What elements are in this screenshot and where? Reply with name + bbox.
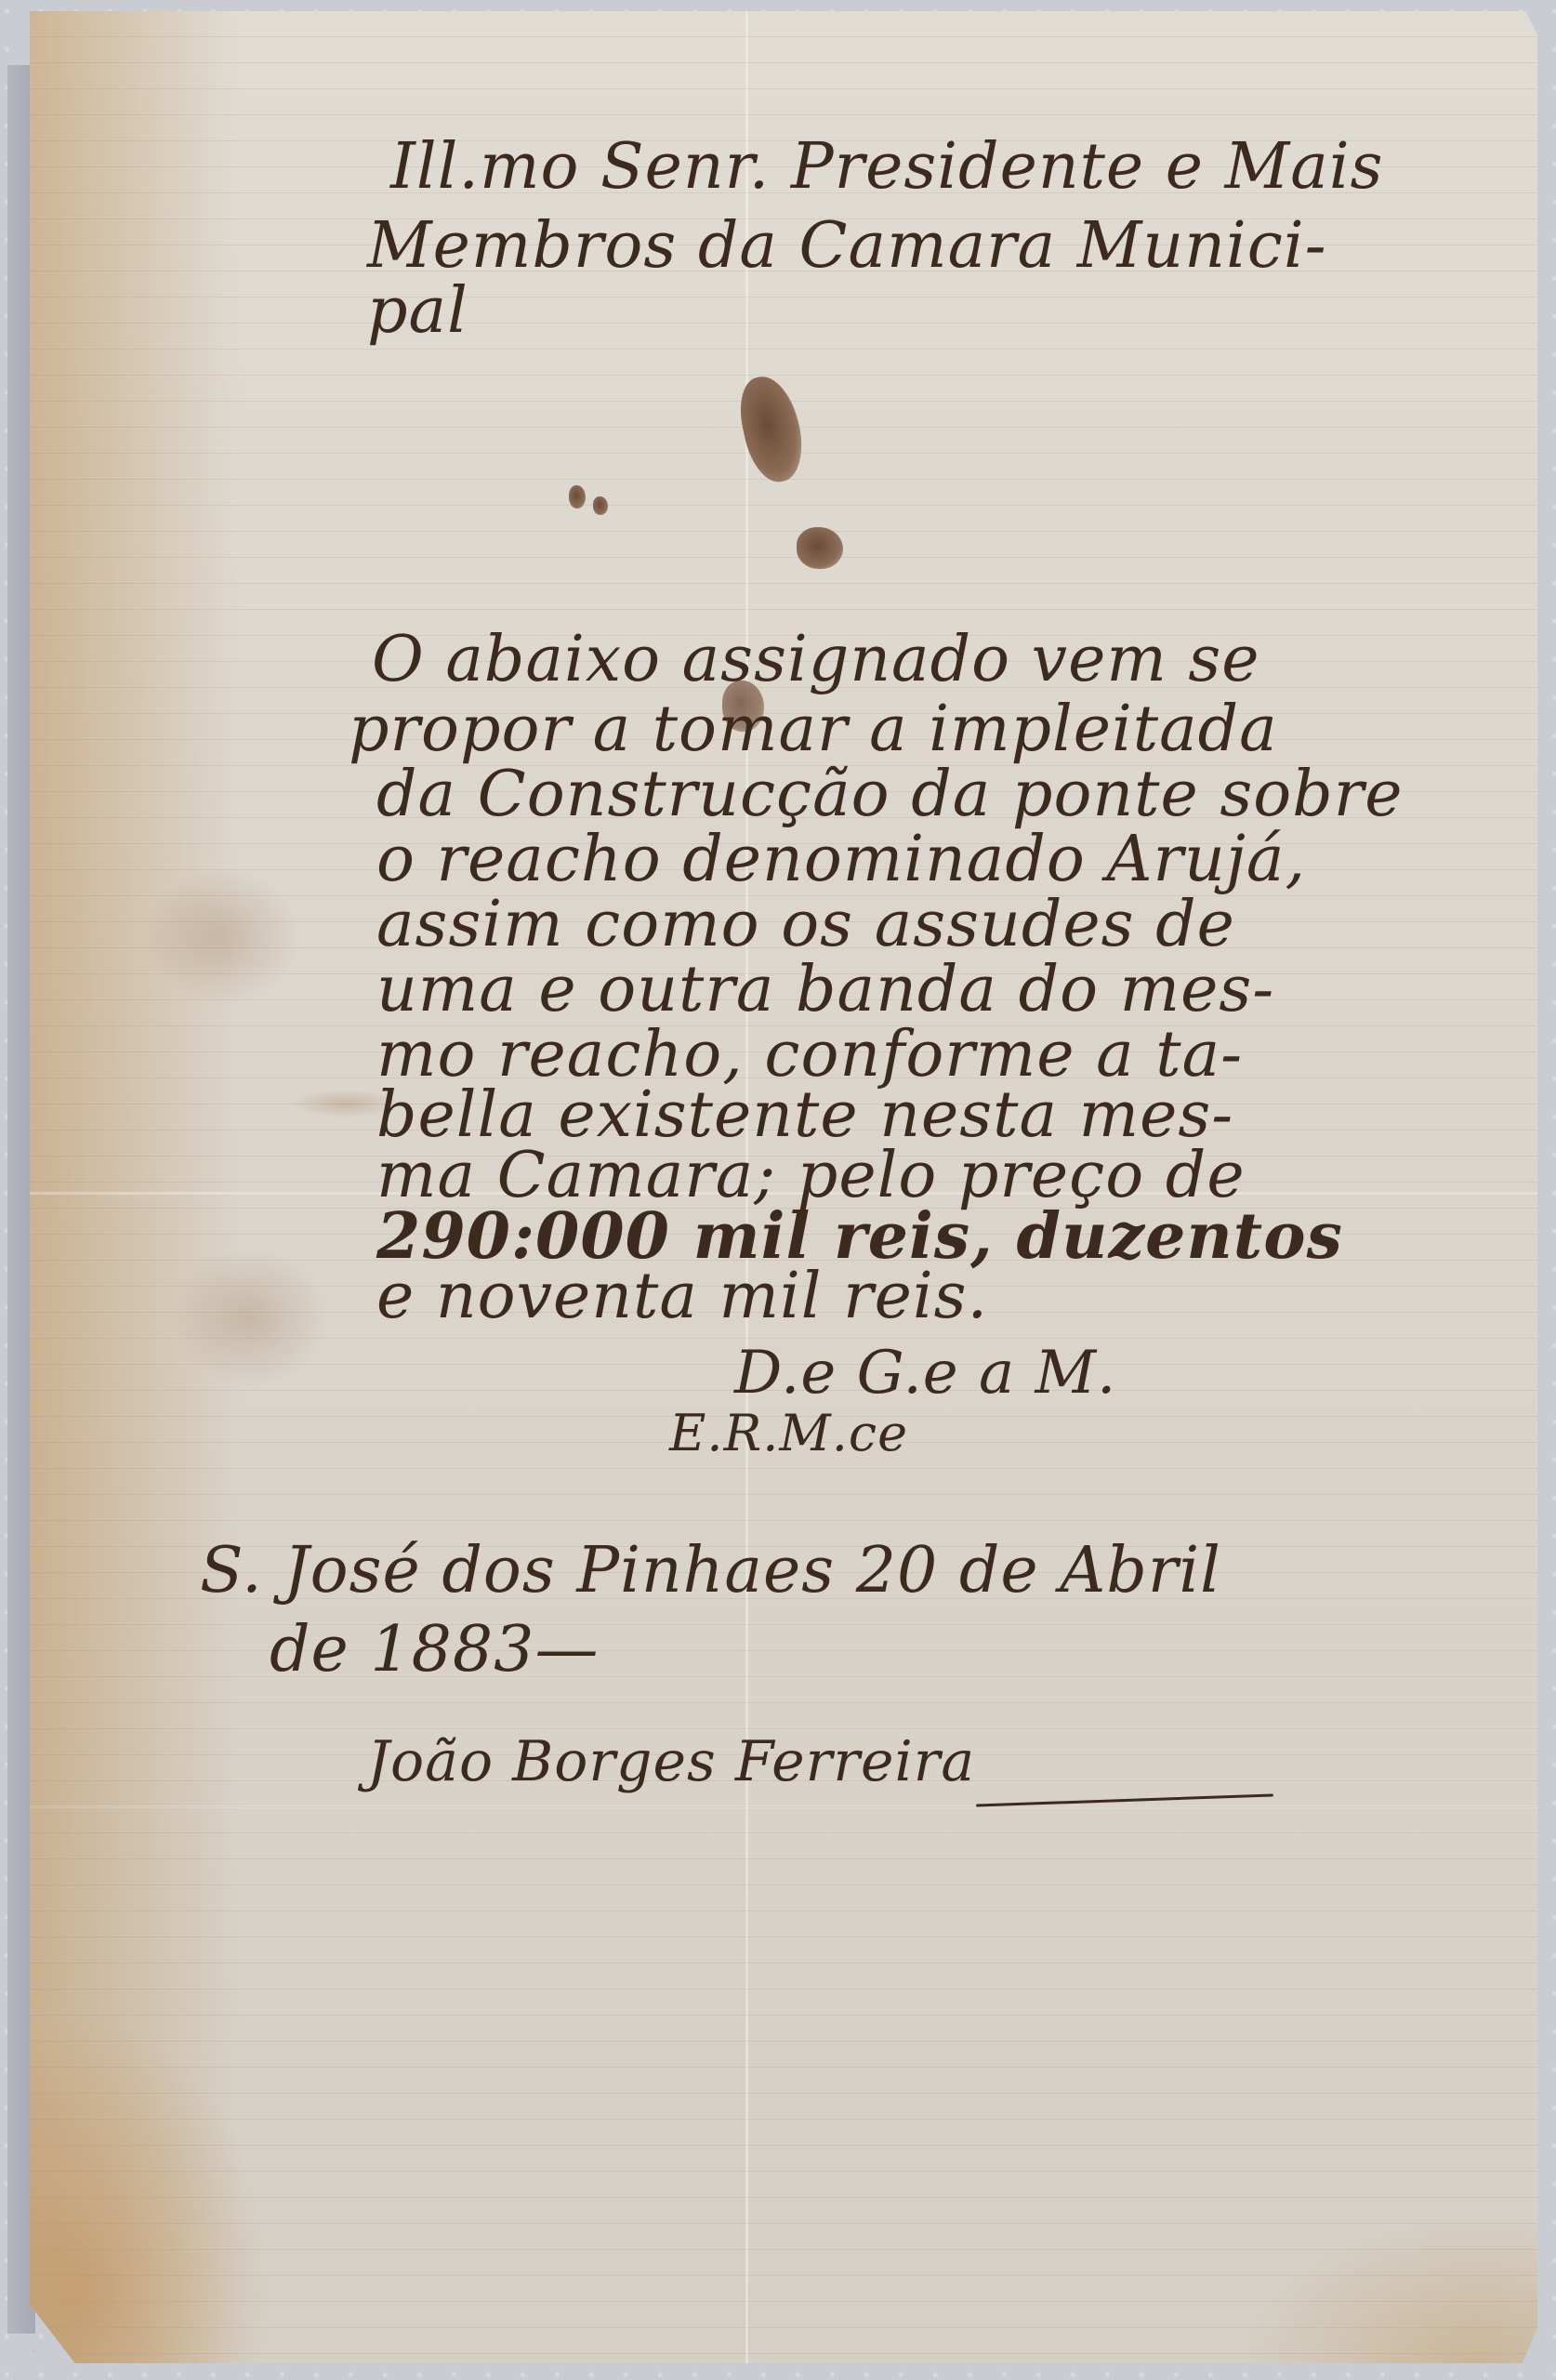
- closing-line: E.R.M.ce: [669, 1404, 908, 1462]
- body-line: assim como os assudes de: [376, 888, 1235, 961]
- ink-spot: [569, 485, 586, 509]
- salutation-line: Membros da Camara Munici-: [367, 209, 1327, 283]
- place-date-line: S. José dos Pinhaes 20 de Abril: [200, 1534, 1221, 1607]
- water-stain: [141, 866, 299, 1006]
- water-stain: [169, 1248, 327, 1387]
- place-date-line: de 1883—: [270, 1613, 599, 1686]
- body-line: o reacho denominado Arujá,: [376, 823, 1306, 896]
- closing-line: D.e G.e a M.: [734, 1339, 1116, 1408]
- body-line: e noventa mil reis.: [376, 1260, 988, 1333]
- body-line: da Construcção da ponte sobre: [376, 758, 1403, 831]
- salutation-line: Ill.mo Senr. Presidente e Mais: [390, 130, 1383, 204]
- ink-blot: [797, 527, 843, 569]
- ink-spot: [593, 496, 608, 515]
- body-line: O abaixo assignado vem se: [372, 623, 1260, 696]
- signature-name: João Borges Ferreira: [367, 1729, 975, 1794]
- body-line: uma e outra banda do mes-: [376, 953, 1274, 1026]
- fold-crease-horizontal-lower: [30, 1805, 1537, 1808]
- salutation-line: pal: [367, 274, 468, 348]
- body-line: propor a tomar a impleitada: [349, 693, 1278, 766]
